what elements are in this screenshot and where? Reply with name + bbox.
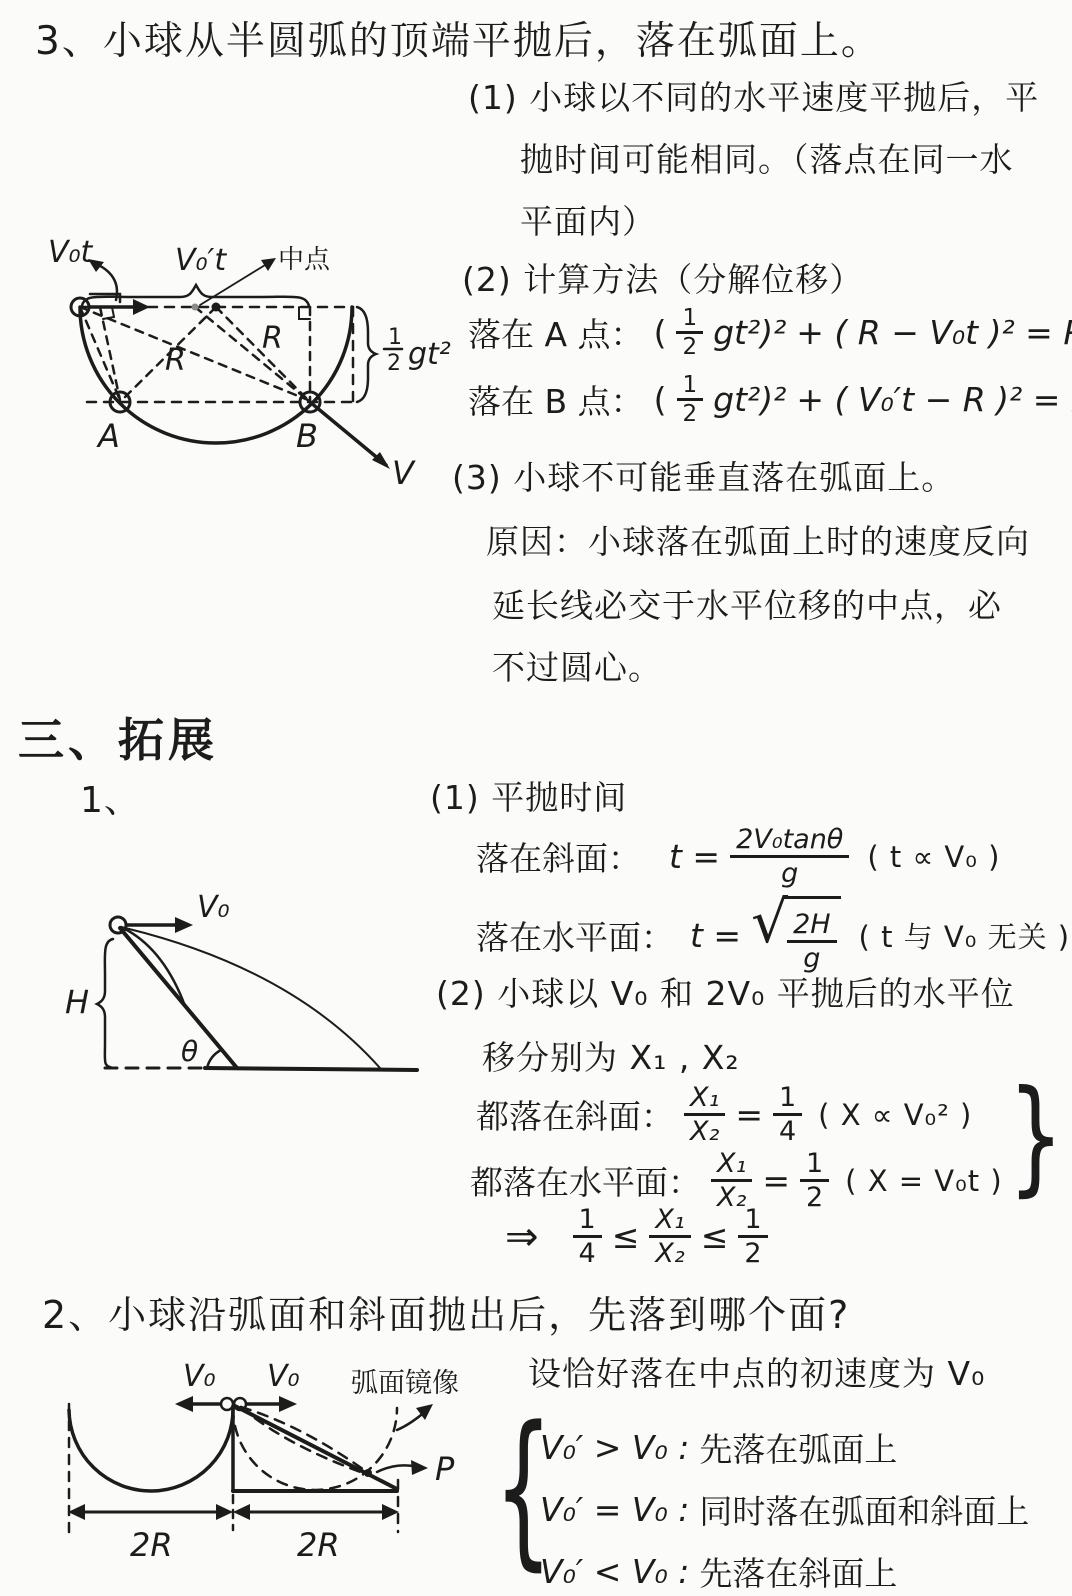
point-A-label: A bbox=[96, 417, 120, 455]
incline-fraction: 2V₀tanθg bbox=[730, 824, 849, 889]
span-right-head-l bbox=[233, 1504, 250, 1520]
grouping-brace: } bbox=[1008, 1074, 1064, 1199]
reverse-velocity-line bbox=[195, 307, 310, 402]
case2-result: 同时落在弧面和斜面上 bbox=[699, 1486, 1029, 1533]
handwritten-physics-notes-page: 3、小球从半圆弧的顶端平抛后，落在弧面上。 (1) 小球以不同的水平速度平抛后，… bbox=[0, 0, 1072, 1596]
point1-line2: 抛时间可能相同。（落点在同一水 bbox=[520, 134, 1014, 181]
ext-p1-heading: (1) 平抛时间 bbox=[430, 772, 627, 819]
arc-vs-incline-diagram: V₀ V₀ 弧面镜像 P 2R 2R bbox=[35, 1360, 505, 1596]
point1-line1: (1) 小球以不同的水平速度平抛后，平 bbox=[468, 72, 1039, 119]
root-content: 2Hg bbox=[783, 896, 840, 974]
formula-a-fraction: 12 bbox=[676, 305, 703, 361]
v0-label: V₀ bbox=[197, 890, 230, 925]
height-label: H bbox=[65, 983, 89, 1021]
case3-condition: V₀′ < V₀ : bbox=[540, 1552, 689, 1591]
right-angle-mark-A bbox=[103, 307, 114, 319]
item1-number: 1、 bbox=[80, 772, 141, 823]
point-P-label: P bbox=[435, 1450, 455, 1488]
right-angle-mark-B bbox=[299, 307, 310, 319]
ratio-on-incline: 都落在斜面： X₁X₂ = 14 ( X ∝ V₀² ) bbox=[476, 1082, 972, 1147]
circle-center-dot bbox=[212, 303, 221, 312]
theta-label: θ bbox=[181, 1035, 198, 1068]
ground-ratio-note: ( X = V₀t ) bbox=[845, 1164, 1003, 1198]
v0t-label: V₀t bbox=[48, 235, 94, 270]
ext-p2-line2: 移分别为 X₁ , X₂ bbox=[482, 1032, 740, 1079]
formula-b-open: ( bbox=[654, 380, 667, 419]
formula-a-open: ( bbox=[654, 313, 667, 352]
extension-title: 三、拓展 bbox=[18, 704, 218, 770]
incline-hypotenuse bbox=[235, 1406, 397, 1489]
ratio-conclusion: ⇒ 14 ≤ X₁X₂ ≤ 12 bbox=[505, 1204, 768, 1269]
case-greater: V₀′ > V₀ : 先落在弧面上 bbox=[540, 1424, 897, 1471]
formula-a-label: 落在 A 点： bbox=[468, 309, 644, 356]
incline-label: 落在斜面： bbox=[476, 833, 641, 880]
section2-title: 2、小球沿弧面和斜面抛出后，先落到哪个面? bbox=[42, 1284, 850, 1339]
case1-result: 先落在弧面上 bbox=[699, 1424, 897, 1471]
span-right-label: 2R bbox=[297, 1526, 340, 1564]
equals-sign: = bbox=[762, 1161, 790, 1200]
equals-sign: = bbox=[735, 1095, 763, 1134]
midpoint-pointer-head bbox=[261, 258, 276, 271]
v0-right-label: V₀ bbox=[267, 1359, 300, 1394]
case3-result: 先落在斜面上 bbox=[699, 1548, 897, 1595]
case2-condition: V₀′ = V₀ : bbox=[540, 1490, 689, 1529]
span-left-label: 2R bbox=[130, 1526, 173, 1564]
square-root: √2Hg bbox=[751, 896, 840, 974]
p-pointer-head bbox=[411, 1460, 428, 1475]
formula-b-rest: + ( V₀′t − R )² = R² bbox=[796, 380, 1072, 419]
ball-left bbox=[221, 1398, 233, 1410]
midpoint-label: 中点 bbox=[278, 245, 331, 275]
velocity-arrow-shaft bbox=[310, 402, 386, 465]
point2-line: (2) 计算方法（分解位移） bbox=[462, 254, 863, 301]
section2-intro: 设恰好落在中点的初速度为 V₀ bbox=[528, 1348, 985, 1395]
v0-left-arrowhead bbox=[175, 1396, 193, 1412]
incline-ratio-note: ( X ∝ V₀² ) bbox=[818, 1098, 972, 1132]
span-left-head-l bbox=[68, 1504, 85, 1520]
ground-lhs: t = bbox=[690, 916, 741, 955]
gt2-brace bbox=[357, 307, 376, 402]
case-equal: V₀′ = V₀ : 同时落在弧面和斜面上 bbox=[540, 1486, 1029, 1533]
case-less: V₀′ < V₀ : 先落在斜面上 bbox=[540, 1548, 897, 1595]
semicircle-arc-diagram: V₀t V₀′t 中点 R R 1 2 gt² A B V bbox=[30, 222, 470, 512]
incline-line bbox=[120, 928, 237, 1068]
formula-a-body: gt²)² bbox=[713, 313, 786, 352]
left-arc bbox=[69, 1408, 233, 1491]
initial-velocity-arrowhead bbox=[133, 299, 150, 315]
span-right-head-r bbox=[382, 1504, 399, 1520]
v0-arrowhead bbox=[175, 917, 193, 933]
mirror-arc-label: 弧面镜像 bbox=[351, 1368, 459, 1399]
v0pt-label: V₀′t bbox=[175, 243, 227, 278]
case1-condition: V₀′ > V₀ : bbox=[540, 1428, 689, 1467]
span-left-head-r bbox=[216, 1504, 233, 1520]
implies-arrow: ⇒ bbox=[505, 1214, 539, 1260]
time-on-incline-formula: 落在斜面： t = 2V₀tanθg ( t ∝ V₀ ) bbox=[476, 824, 1000, 889]
velocity-label: V bbox=[392, 454, 416, 492]
radius-label-2: R bbox=[262, 321, 283, 356]
incline-diagram: V₀ H θ bbox=[55, 875, 455, 1095]
incline-note: ( t ∝ V₀ ) bbox=[867, 840, 1000, 874]
radius-label-1: R bbox=[165, 343, 186, 378]
gt2-den: 2 bbox=[387, 351, 401, 376]
formula-drop-B: 落在 B 点：(12gt²)²+ ( V₀′t − R )² = R² bbox=[468, 372, 1072, 428]
formula-a-rest: + ( R − V₀t )² = R² bbox=[796, 313, 1072, 352]
gt2-num: 1 bbox=[388, 325, 402, 350]
point-P-dot bbox=[364, 1469, 372, 1477]
reason-line2: 延长线必交于水平位移的中点，必 bbox=[492, 580, 1002, 627]
formula-b-fraction: 12 bbox=[677, 372, 704, 428]
both-incline-label: 都落在斜面： bbox=[476, 1091, 674, 1138]
gt2-rest: gt² bbox=[408, 337, 451, 372]
height-brace bbox=[97, 939, 113, 1068]
leq-sign-1: ≤ bbox=[612, 1217, 640, 1256]
both-ground-label: 都落在水平面： bbox=[470, 1157, 701, 1204]
point-B-label: B bbox=[296, 417, 318, 455]
incline-lhs: t = bbox=[669, 837, 720, 876]
v0-right-arrowhead bbox=[279, 1396, 297, 1412]
formula-b-label: 落在 B 点： bbox=[468, 376, 644, 423]
theta-arc bbox=[207, 1050, 221, 1068]
trajectory-to-ground bbox=[121, 927, 380, 1068]
point1-line3: 平面内） bbox=[520, 196, 656, 243]
ground-note: ( t 与 V₀ 无关 ) bbox=[859, 915, 1071, 956]
reason-line3: 不过圆心。 bbox=[492, 642, 662, 689]
v0-left-label: V₀ bbox=[183, 1359, 216, 1394]
reason-line1: 原因：小球落在弧面上时的速度反向 bbox=[486, 516, 1030, 563]
leq-sign-2: ≤ bbox=[701, 1217, 729, 1256]
formula-drop-A: 落在 A 点：(12gt²)²+ ( R − V₀t )² = R² bbox=[468, 305, 1072, 361]
section3-title: 3、小球从半圆弧的顶端平抛后，落在弧面上。 bbox=[35, 10, 882, 66]
formula-b-body: gt²)² bbox=[713, 380, 786, 419]
ground-label: 落在水平面： bbox=[476, 912, 674, 959]
midpoint-dot bbox=[192, 304, 199, 311]
point3-line: (3) 小球不可能垂直落在弧面上。 bbox=[452, 452, 955, 499]
ext-p2-line1: (2) 小球以 V₀ 和 2V₀ 平抛后的水平位 bbox=[436, 968, 1015, 1015]
time-on-ground-formula: 落在水平面： t = √2Hg ( t 与 V₀ 无关 ) bbox=[476, 896, 1070, 974]
reverse-line-A bbox=[100, 307, 120, 400]
